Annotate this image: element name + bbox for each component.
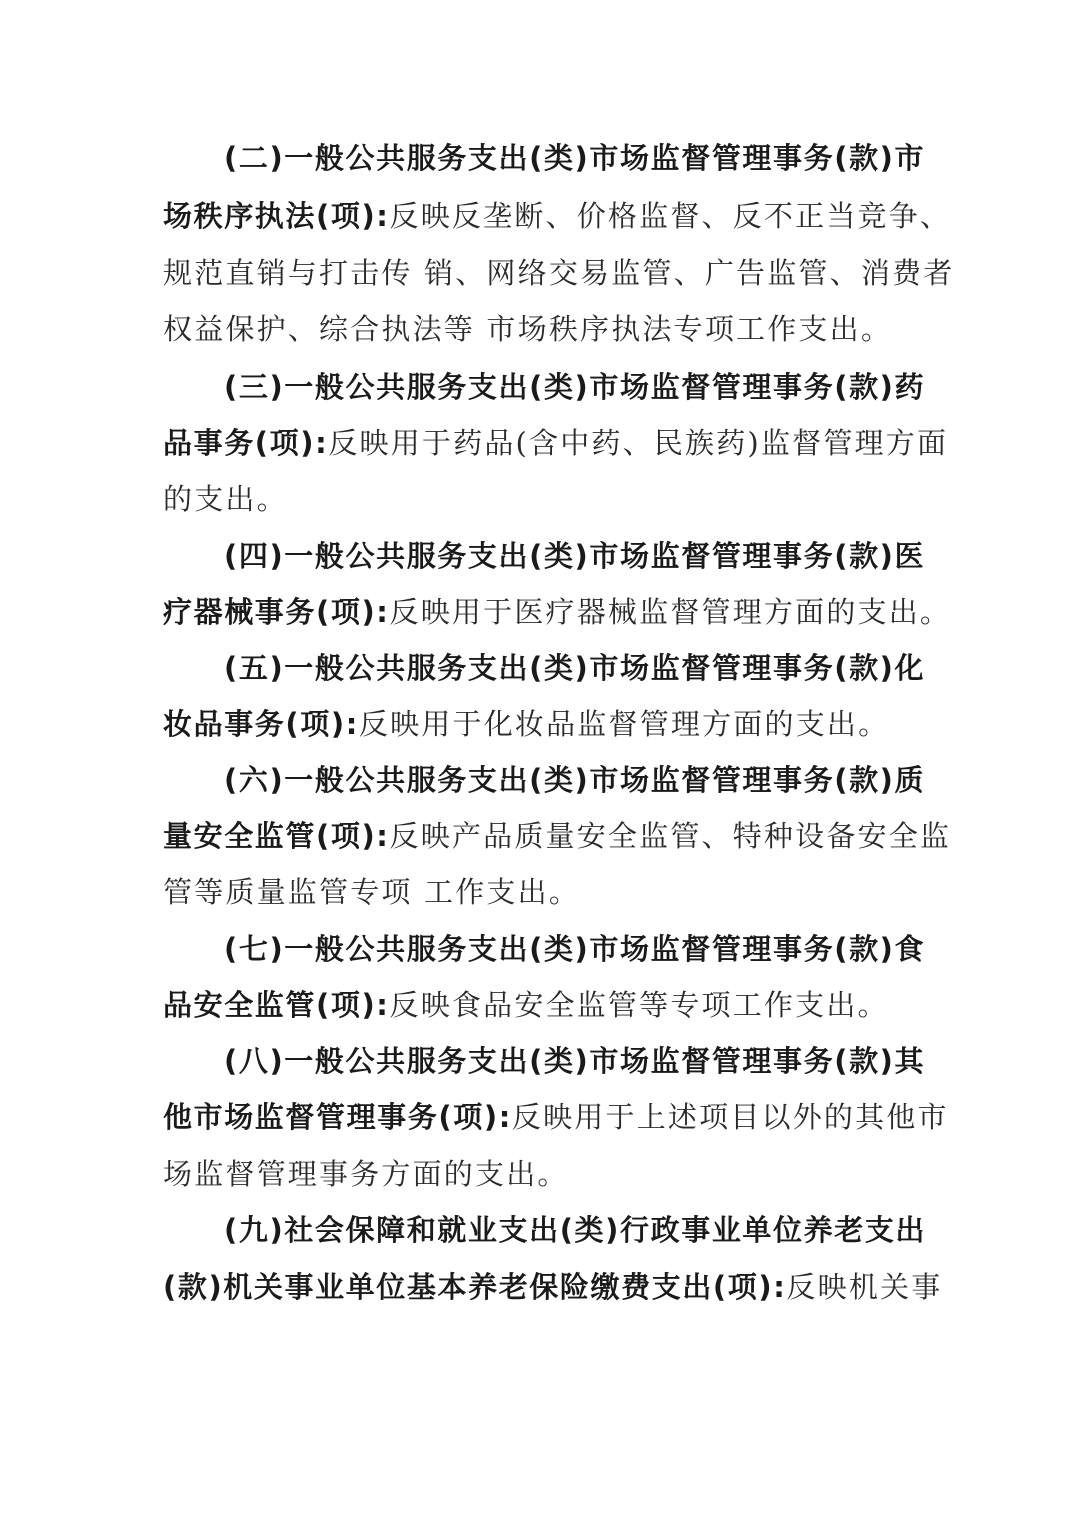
item-heading: (款)机关事业单位基本养老保险缴费支出(项): [163, 1270, 786, 1304]
text-line: (八)一般公共服务支出(类)市场监督管理事务(款)其 [224, 1041, 964, 1081]
item-heading: 他市场监督管理事务(项): [163, 1100, 512, 1134]
item-heading: (七)一般公共服务支出(类)市场监督管理事务(款)食 [224, 932, 925, 966]
item-heading: (八)一般公共服务支出(类)市场监督管理事务(款)其 [224, 1044, 925, 1078]
item-heading: 品事务(项): [163, 426, 328, 460]
item-heading: 品安全监管(项): [163, 988, 390, 1022]
item-heading: (二)一般公共服务支出(类)市场监督管理事务(款)市 [224, 141, 925, 175]
text-line: (四)一般公共服务支出(类)市场监督管理事务(款)医 [224, 536, 964, 576]
text-line: (款)机关事业单位基本养老保险缴费支出(项):反映机关事 [163, 1267, 903, 1307]
item-text: 管等质量监管专项 工作支出。 [163, 875, 580, 909]
item-text: 场监督管理事务方面的支出。 [163, 1157, 569, 1191]
text-line: 场秩序执法(项):反映反垄断、价格监督、反不正当竞争、 [163, 196, 903, 236]
item-text: 反映反垄断、价格监督、反不正当竞争、 [390, 199, 952, 233]
text-line: 权益保护、综合执法等 市场秩序执法专项工作支出。 [163, 309, 903, 349]
text-line: (七)一般公共服务支出(类)市场监督管理事务(款)食 [224, 929, 964, 969]
text-line: 妆品事务(项):反映用于化妆品监督管理方面的支出。 [163, 704, 903, 744]
item-text: 反映用于医疗器械监督管理方面的支出。 [390, 595, 952, 629]
item-heading: (四)一般公共服务支出(类)市场监督管理事务(款)医 [224, 539, 925, 573]
item-text: 权益保护、综合执法等 市场秩序执法专项工作支出。 [163, 312, 892, 346]
text-line: 他市场监督管理事务(项):反映用于上述项目以外的其他市 [163, 1097, 903, 1137]
item-text: 反映机关事 [786, 1270, 942, 1304]
text-line: 规范直销与打击传 销、网络交易监管、广告监管、消费者 [163, 253, 903, 293]
item-heading: 疗器械事务(项): [163, 595, 390, 629]
item-heading: (五)一般公共服务支出(类)市场监督管理事务(款)化 [224, 651, 925, 685]
text-line: (六)一般公共服务支出(类)市场监督管理事务(款)质 [224, 760, 964, 800]
text-line: 量安全监管(项):反映产品质量安全监管、特种设备安全监 [163, 816, 903, 856]
item-text: 反映用于药品(含中药、民族药)监督管理方面 [328, 426, 948, 460]
item-text: 反映用于化妆品监督管理方面的支出。 [359, 707, 889, 741]
text-line: (九)社会保障和就业支出(类)行政事业单位养老支出 [224, 1210, 964, 1250]
item-text: 反映用于上述项目以外的其他市 [512, 1100, 949, 1134]
item-heading: (九)社会保障和就业支出(类)行政事业单位养老支出 [224, 1213, 926, 1247]
text-line: (三)一般公共服务支出(类)市场监督管理事务(款)药 [224, 367, 964, 407]
item-text: 反映产品质量安全监管、特种设备安全监 [390, 819, 952, 853]
item-heading: 量安全监管(项): [163, 819, 390, 853]
item-text: 规范直销与打击传 销、网络交易监管、广告监管、消费者 [163, 256, 954, 290]
item-heading: 妆品事务(项): [163, 707, 359, 741]
text-line: (二)一般公共服务支出(类)市场监督管理事务(款)市 [224, 138, 964, 178]
text-line: 品安全监管(项):反映食品安全监管等专项工作支出。 [163, 985, 903, 1025]
text-line: 品事务(项):反映用于药品(含中药、民族药)监督管理方面 [163, 423, 903, 463]
item-heading: 场秩序执法(项): [163, 199, 390, 233]
text-line: 场监督管理事务方面的支出。 [163, 1154, 903, 1194]
item-heading: (六)一般公共服务支出(类)市场监督管理事务(款)质 [224, 763, 925, 797]
text-line: 的支出。 [163, 479, 903, 519]
text-line: 疗器械事务(项):反映用于医疗器械监督管理方面的支出。 [163, 592, 903, 632]
item-text: 反映食品安全监管等专项工作支出。 [390, 988, 889, 1022]
item-text: 的支出。 [163, 482, 288, 516]
document-page: (二)一般公共服务支出(类)市场监督管理事务(款)市 场秩序执法(项):反映反垄… [0, 0, 1074, 1520]
text-line: 管等质量监管专项 工作支出。 [163, 872, 903, 912]
text-line: (五)一般公共服务支出(类)市场监督管理事务(款)化 [224, 648, 964, 688]
item-heading: (三)一般公共服务支出(类)市场监督管理事务(款)药 [224, 370, 925, 404]
